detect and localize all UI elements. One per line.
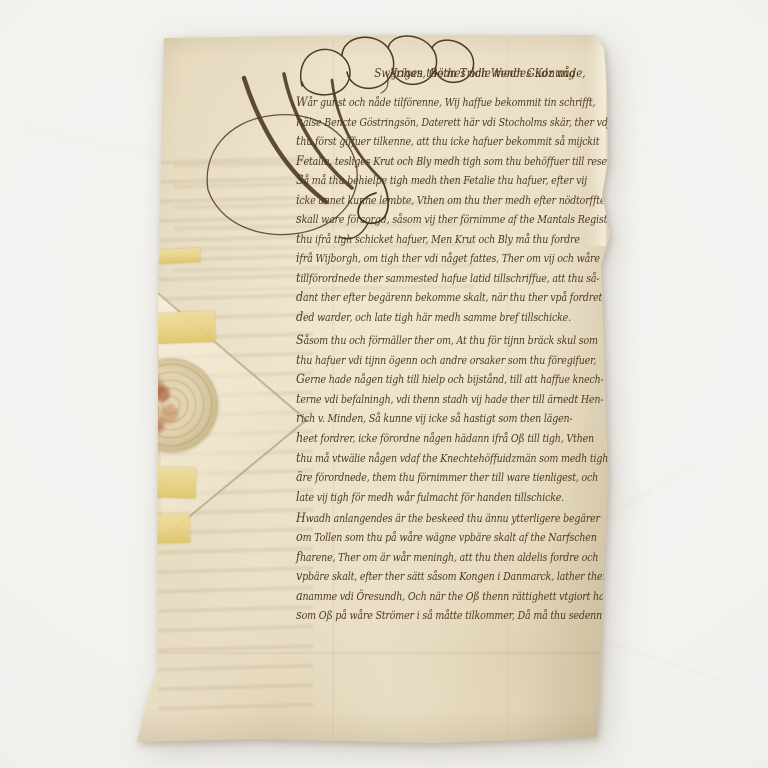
manuscript-paragraph-3: Hwadh anlangendes är the beskeed thu änn… — [296, 509, 608, 625]
manuscript-line: om Tollen som thu på wåre wägne vpbäre s… — [296, 528, 564, 547]
manuscript-line: ded warder, och late tigh här medh samme… — [296, 308, 564, 328]
photo-of-manuscript: { "scene": { "background_color": "#f2f1e… — [0, 0, 768, 768]
manuscript-line: äre förordnede, them thu förnimmer ther … — [296, 468, 564, 488]
manuscript-line: anamme vdi Öresundh, Och när the Oß then… — [296, 587, 564, 606]
manuscript-line: nälse Bencte Göstringsön, Daterett här v… — [296, 113, 564, 133]
manuscript-line: Fetalie, tesliges Krut och Bly medh tigh… — [296, 152, 564, 172]
manuscript-line: Wår gunst och nåde tilförenne, Wij haffu… — [296, 93, 564, 113]
manuscript-line: Hwadh anlangendes är the beskeed thu änn… — [296, 509, 564, 528]
manuscript-line: vpbäre skalt, efter ther sätt såsom Kong… — [296, 567, 564, 586]
manuscript-line: late vij tigh för medh wår fulmacht för … — [296, 488, 564, 508]
manuscript-line: thu hafuer vdi tijnn ögenn och andre ors… — [296, 351, 564, 371]
manuscript-sheet-wrapper: Johan thenn Tridie medh Gudz nåde, Sweri… — [134, 30, 612, 744]
manuscript-line: dant ther efter begärenn bekomme skalt, … — [296, 288, 564, 308]
manuscript-line: som Oß på wåre Strömer i så måtte tilkom… — [296, 606, 564, 625]
manuscript-line: thu först giffuer tilkenne, att thu icke… — [296, 132, 564, 152]
manuscript-line: rich v. Minden, Så kunne vij icke så has… — [296, 409, 564, 429]
manuscript-line: fharene, Ther om är wår meningh, att thu… — [296, 548, 564, 567]
manuscript-sheet: Johan thenn Tridie medh Gudz nåde, Sweri… — [134, 30, 612, 744]
manuscript-line: skall ware försorgd, såsom vij ther förn… — [296, 210, 564, 230]
manuscript-line: ifrå Wijborgh, om tigh ther vdi någet fa… — [296, 249, 564, 269]
manuscript-paragraph-2: Såsom thu och förmäller ther om, At thu … — [296, 331, 608, 507]
manuscript-line: Gerne hade någen tigh till hielp och bij… — [296, 370, 564, 390]
manuscript-line: thu må vtwälie någen vdaf the Knechtehöf… — [296, 449, 564, 469]
manuscript-line: heet fordrer, icke förordne någen hädann… — [296, 429, 564, 449]
manuscript-line: tillförordnede ther sammested hafue lati… — [296, 269, 564, 289]
manuscript-paragraph-1: Wår gunst och nåde tilförenne, Wij haffu… — [296, 93, 608, 327]
manuscript-line: icke annet kunne lembte, Vthen om thu th… — [296, 191, 564, 211]
header-line: Sweriges, Göthes och Wendes Konung — [296, 64, 575, 82]
manuscript-line: Såsom thu och förmäller ther om, At thu … — [296, 331, 564, 351]
manuscript-line: thu ifrå tigh schicket hafuer, Men Krut … — [296, 230, 564, 250]
manuscript-line: terne vdi befalningh, vdi thenn stadh vi… — [296, 390, 564, 410]
manuscript-line: Så må thu behielpe tigh medh then Fetali… — [296, 171, 564, 191]
